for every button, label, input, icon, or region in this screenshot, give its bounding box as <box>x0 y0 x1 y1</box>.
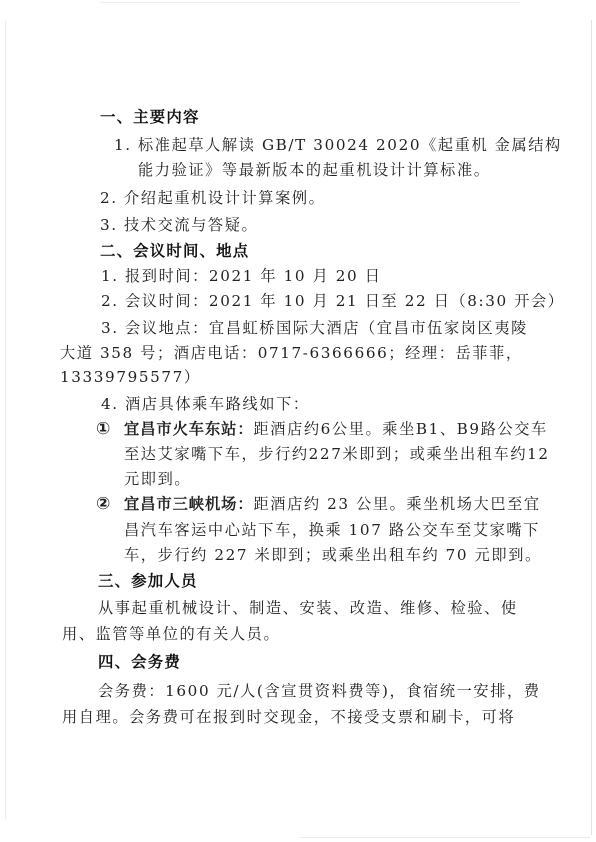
list-item-line: 13339795577） <box>60 367 201 387</box>
route-marker-2: ② <box>96 494 112 514</box>
list-item-line: 酒店具体乘车路线如下： <box>125 394 310 414</box>
paragraph-line: 用自理。会务费可在报到时交现金，不接受支票和刷卡，可将 <box>62 707 515 727</box>
section-heading-time-location: 二、会议时间、地点 <box>100 241 249 261</box>
list-item-number: 2. <box>101 291 119 311</box>
list-item-number: 1. <box>101 266 119 286</box>
scan-border-bottom <box>300 837 590 838</box>
scan-border-top <box>100 2 520 3</box>
section-heading-main-content: 一、主要内容 <box>100 107 200 127</box>
paragraph-line: 会务费：1600 元/人(含宣贯资料费等)，食宿统一安排，费 <box>98 681 541 701</box>
list-item-number: 4. <box>101 394 119 414</box>
paragraph-line: 从事起重机械设计、制造、安装、改造、维修、检验、使 <box>98 598 518 618</box>
section-heading-fee: 四、会务费 <box>98 652 181 672</box>
route-1-line: 宜昌市火车东站：距酒店约6公里。乘坐B1、B9路公交车 <box>124 419 548 439</box>
list-item-number: 2. <box>100 188 118 208</box>
route-2-text: 距酒店约 23 公里。乘坐机场大巴至宜 <box>254 495 541 513</box>
route-1-text: 距酒店约6公里。乘坐B1、B9路公交车 <box>254 420 548 438</box>
document-page: 一、主要内容 1. 标准起草人解读 GB/T 30024 2020《起重机 金属… <box>0 0 596 842</box>
list-item-line: 介绍起重机设计计算案例。 <box>124 188 325 208</box>
route-1-title: 宜昌市火车东站： <box>124 420 254 438</box>
paragraph-line: 用、监管等单位的有关人员。 <box>62 624 280 644</box>
list-item-line: 能力验证》等最新版本的起重机设计计算标准。 <box>138 160 491 180</box>
list-item-line: 会议时间：2021 年 10 月 21 日至 22 日（8:30 开会） <box>125 291 565 311</box>
route-marker-1: ① <box>96 419 112 439</box>
list-item-line: 会议地点：宜昌虹桥国际大酒店（宜昌市伍家岗区夷陵 <box>125 318 528 338</box>
route-2-line: 宜昌市三峡机场：距酒店约 23 公里。乘坐机场大巴至宜 <box>124 494 541 514</box>
list-item-number: 1. <box>114 135 132 155</box>
scan-border-left <box>5 20 6 820</box>
route-2-title: 宜昌市三峡机场： <box>124 495 254 513</box>
list-item-line: 报到时间：2021 年 10 月 20 日 <box>125 266 382 286</box>
list-item-line: 大道 358 号；酒店电话：0717-6366666；经理：岳菲菲， <box>60 343 523 363</box>
scan-border-right <box>591 20 592 835</box>
list-item-number: 3. <box>101 318 119 338</box>
list-item-number: 3. <box>100 215 118 235</box>
section-heading-participants: 三、参加人员 <box>98 571 198 591</box>
route-line: 昌汽车客运中心站下车，换乘 107 路公交车至艾家嘴下 <box>124 520 540 540</box>
route-line: 元即到。 <box>124 469 191 489</box>
list-item-line: 标准起草人解读 GB/T 30024 2020《起重机 金属结构 <box>138 135 562 155</box>
route-line: 至达艾家嘴下车，步行约227米即到；或乘坐出租车约12 <box>124 444 550 464</box>
route-line: 车，步行约 227 米即到；或乘坐出租车约 70 元即到。 <box>124 545 542 565</box>
list-item-line: 技术交流与答疑。 <box>124 215 258 235</box>
